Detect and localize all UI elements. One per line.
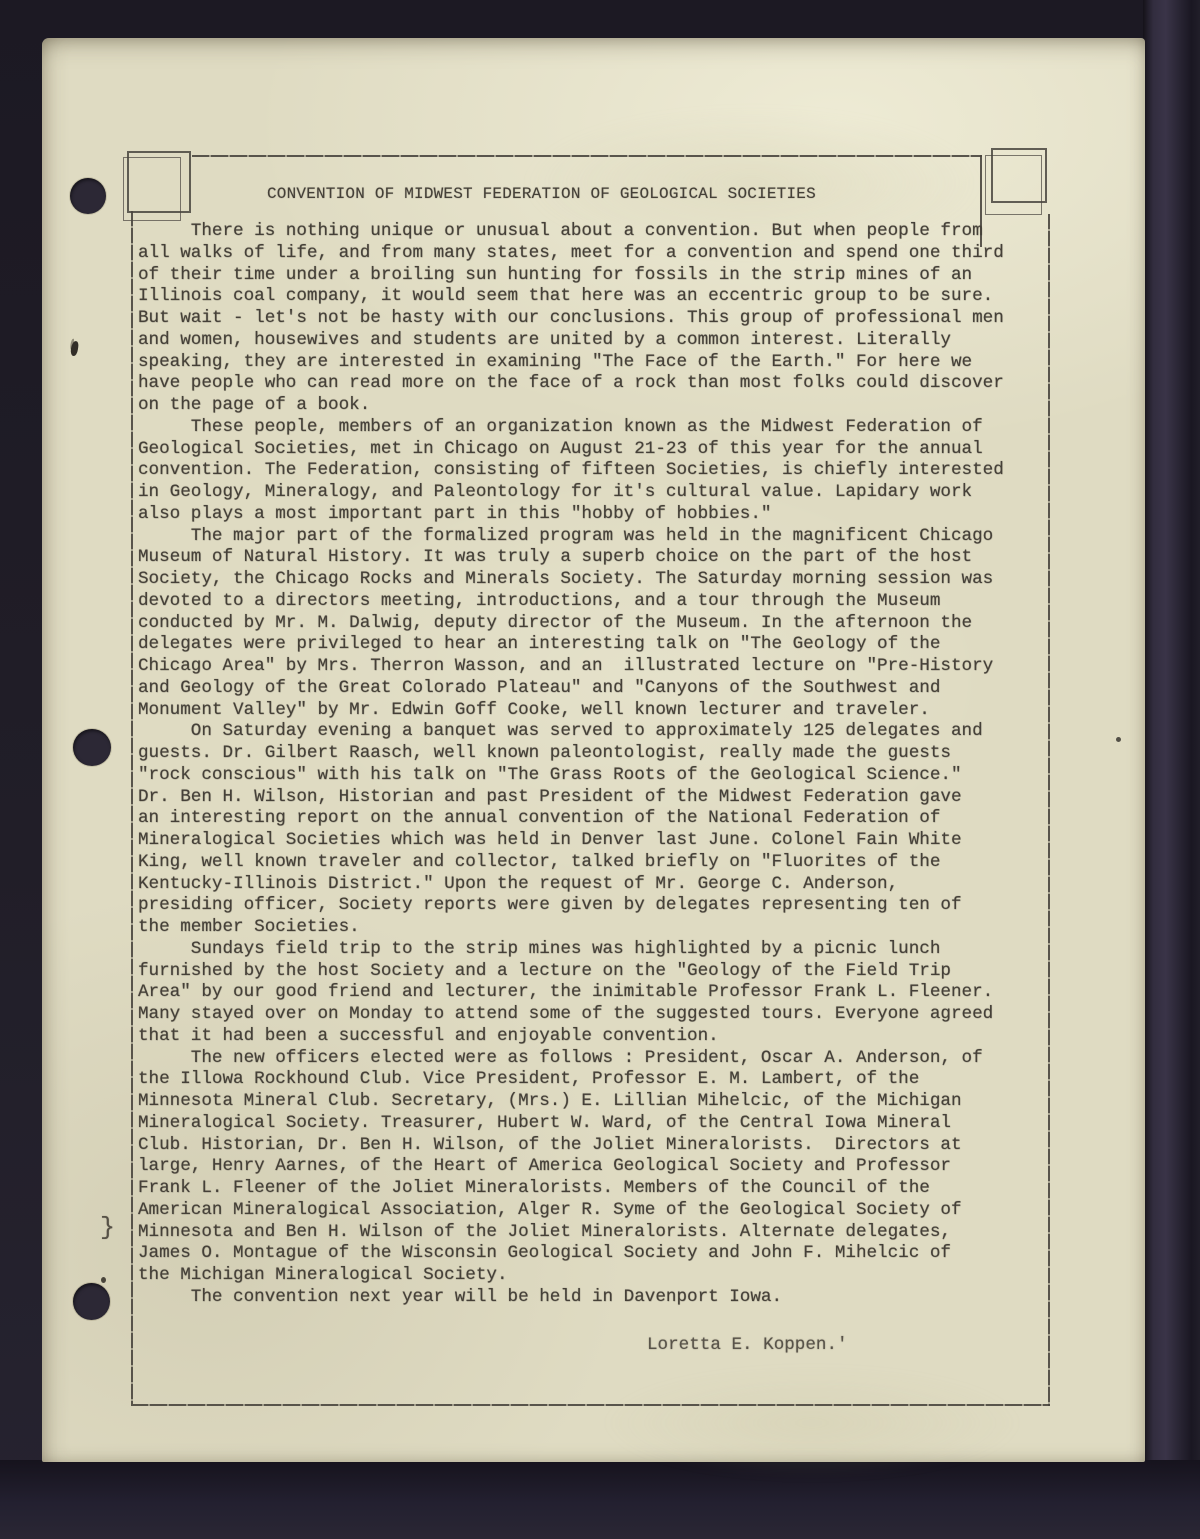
text-line: on the page of a book. [138,395,1058,417]
text-line: American Mineralogical Association, Alge… [138,1200,1058,1222]
text-line: The new officers elected were as follows… [138,1048,1058,1070]
text-line: "rock conscious" with his talk on "The G… [138,765,1058,787]
text-line: furnished by the host Society and a lect… [138,961,1058,983]
text-line: Museum of Natural History. It was truly … [138,547,1058,569]
text-line: Frank L. Fleener of the Joliet Mineralor… [138,1178,1058,1200]
text-line: Chicago Area" by Mrs. Therron Wasson, an… [138,656,1058,678]
typed-frame-bottom-line [131,1404,1050,1406]
text-line: Monument Valley" by Mr. Edwin Goff Cooke… [138,700,1058,722]
text-line: the Illowa Rockhound Club. Vice Presiden… [138,1069,1058,1091]
text-line: There is nothing unique or unusual about… [138,221,1058,243]
text-line: presiding officer, Society reports were … [138,895,1058,917]
corner-box-top-right-shadow [985,155,1042,215]
text-line: large, Henry Aarnes, of the Heart of Ame… [138,1156,1058,1178]
margin-brace-mark: } [100,1213,115,1242]
text-line: The major part of the formalized program… [138,526,1058,548]
margin-brace-dot [101,1277,106,1283]
text-line: conducted by Mr. M. Dalwig, deputy direc… [138,613,1058,635]
typed-frame-left-line [131,211,133,1404]
punch-hole [70,178,106,214]
scan-background: { "document": { "title": "CONVENTION OF … [0,0,1200,1539]
text-line: an interesting report on the annual conv… [138,808,1058,830]
text-line: Mineralogical Societies which was held i… [138,830,1058,852]
text-line: all walks of life, and from many states,… [138,243,1058,265]
book-page-edge [1143,0,1200,1539]
text-line: the member Societies. [138,917,1058,939]
text-line: Many stayed over on Monday to attend som… [138,1004,1058,1026]
text-line: and Geology of the Great Colorado Platea… [138,678,1058,700]
text-line: But wait - let's not be hasty with our c… [138,308,1058,330]
text-line: Minnesota and Ben H. Wilson of the Jolie… [138,1222,1058,1244]
text-line: speaking, they are interested in examini… [138,352,1058,374]
text-line: King, well known traveler and collector,… [138,852,1058,874]
text-line: in Geology, Mineralogy, and Paleontology… [138,482,1058,504]
text-line: devoted to a directors meeting, introduc… [138,591,1058,613]
punch-hole [73,1283,110,1320]
ink-dot [1116,737,1121,742]
paper-stain [602,1368,1022,1478]
text-line: Sundays field trip to the strip mines wa… [138,939,1058,961]
text-line: Club. Historian, Dr. Ben H. Wilson, of t… [138,1135,1058,1157]
text-line: convention. The Federation, consisting o… [138,460,1058,482]
ink-blot [70,341,79,357]
text-line: have people who can read more on the fac… [138,373,1058,395]
document-page: CONVENTION OF MIDWEST FEDERATION OF GEOL… [42,38,1145,1462]
text-line: delegates were privileged to hear an int… [138,634,1058,656]
text-line: Kentucky-Illinois District." Upon the re… [138,874,1058,896]
signature: Loretta E. Koppen.' [647,1335,848,1355]
punch-hole [73,729,111,766]
text-line: These people, members of an organization… [138,417,1058,439]
document-title: CONVENTION OF MIDWEST FEDERATION OF GEOL… [267,185,816,203]
text-line: guests. Dr. Gilbert Raasch, well known p… [138,743,1058,765]
text-line: and women, housewives and students are u… [138,330,1058,352]
text-line: Dr. Ben H. Wilson, Historian and past Pr… [138,787,1058,809]
text-line: The convention next year will be held in… [138,1287,1058,1309]
text-line: of their time under a broiling sun hunti… [138,265,1058,287]
text-line: the Michigan Mineralogical Society. [138,1265,1058,1287]
text-line: also plays a most important part in this… [138,504,1058,526]
text-line: Mineralogical Society. Treasurer, Hubert… [138,1113,1058,1135]
text-line: Society, the Chicago Rocks and Minerals … [138,569,1058,591]
scan-bottom-shadow [0,1460,1200,1539]
text-line: that it had been a successful and enjoya… [138,1026,1058,1048]
corner-box-top-left-shadow [123,157,181,221]
document-body: There is nothing unique or unusual about… [138,221,1058,1309]
text-line: Illinois coal company, it would seem tha… [138,286,1058,308]
text-line: Minnesota Mineral Club. Secretary, (Mrs.… [138,1091,1058,1113]
text-line: Geological Societies, met in Chicago on … [138,439,1058,461]
text-line: Area" by our good friend and lecturer, t… [138,982,1058,1004]
typed-frame-top-line [192,155,982,157]
text-line: James O. Montague of the Wisconsin Geolo… [138,1243,1058,1265]
text-line: On Saturday evening a banquet was served… [138,721,1058,743]
